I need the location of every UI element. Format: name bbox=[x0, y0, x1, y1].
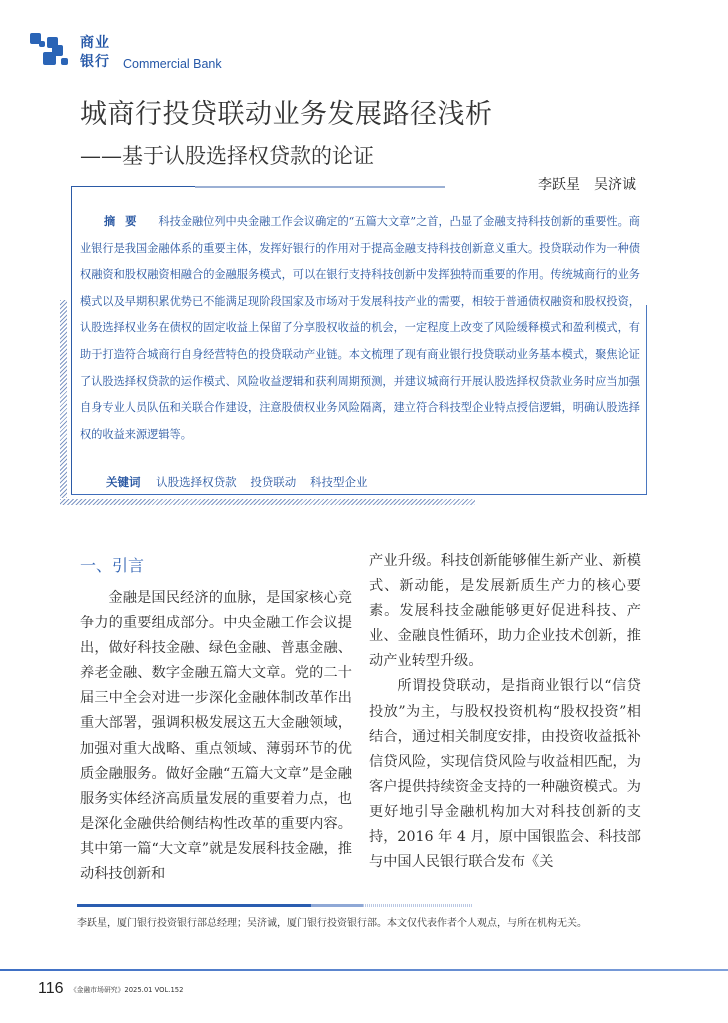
footnote-rule-hatch bbox=[363, 904, 473, 907]
keyword: 科技型企业 bbox=[310, 475, 368, 489]
keywords: 关键词 认股选择权贷款 投贷联动 科技型企业 bbox=[106, 474, 377, 490]
pixel-blocks-logo-icon bbox=[30, 33, 74, 67]
paragraph: 所谓投贷联动，是指商业银行以“信贷投放”为主，与股权投资机构“股权投资”相结合，… bbox=[369, 674, 641, 875]
keywords-label: 关键词 bbox=[106, 475, 141, 489]
body-column-left: 金融是国民经济的血脉，是国家核心竞争力的重要组成部分。中央金融工作会议提出，做好… bbox=[80, 586, 352, 887]
footer-rule bbox=[0, 969, 728, 971]
footnote: 李跃星，厦门银行投资银行部总经理；吴济诚，厦门银行投资银行部。本文仅代表作者个人… bbox=[77, 916, 643, 931]
logo-english-name: Commercial Bank bbox=[123, 57, 222, 71]
abstract-text: 科技金融位列中央金融工作会议确定的“五篇大文章”之首，凸显了金融支持科技创新的重… bbox=[80, 215, 640, 441]
paragraph: 金融是国民经济的血脉，是国家核心竞争力的重要组成部分。中央金融工作会议提出，做好… bbox=[80, 586, 352, 887]
section-heading: 一、引言 bbox=[80, 553, 144, 576]
abstract-label: 摘要 bbox=[104, 214, 146, 228]
abstract-box-shadow-bottom bbox=[60, 499, 475, 505]
body-column-right: 产业升级。科技创新能够催生新产业、新模式、新动能，是发展新质生产力的核心要素。发… bbox=[369, 549, 641, 875]
keyword: 投贷联动 bbox=[250, 475, 296, 489]
logo-chinese-name: 商业 银行 bbox=[80, 34, 110, 72]
keyword: 认股选择权贷款 bbox=[156, 475, 237, 489]
abstract-box-border-left bbox=[71, 186, 72, 495]
journal-info: 《金融市场研究》2025.01 VOL.152 bbox=[70, 984, 183, 994]
abstract-box-border-top-accent bbox=[195, 186, 445, 188]
logo-cn-line1: 商业 bbox=[80, 34, 110, 53]
logo-cn-line2: 银行 bbox=[80, 53, 110, 72]
article-subtitle: ——基于认股选择权贷款的论证 bbox=[80, 140, 374, 170]
page-number: 116 bbox=[38, 980, 64, 998]
abstract-box-border-bottom bbox=[71, 494, 647, 495]
abstract: 摘要科技金融位列中央金融工作会议确定的“五篇大文章”之首，凸显了金融支持科技创新… bbox=[80, 208, 640, 448]
abstract-box-shadow-left bbox=[60, 300, 67, 498]
abstract-box-border-right bbox=[646, 305, 647, 495]
paragraph: 产业升级。科技创新能够催生新产业、新模式、新动能，是发展新质生产力的核心要素。发… bbox=[369, 549, 641, 674]
article-authors: 李跃星 吴济诚 bbox=[538, 174, 636, 194]
footnote-rule bbox=[77, 904, 311, 907]
article-title: 城商行投贷联动业务发展路径浅析 bbox=[80, 92, 493, 131]
footnote-rule-accent bbox=[311, 904, 363, 907]
